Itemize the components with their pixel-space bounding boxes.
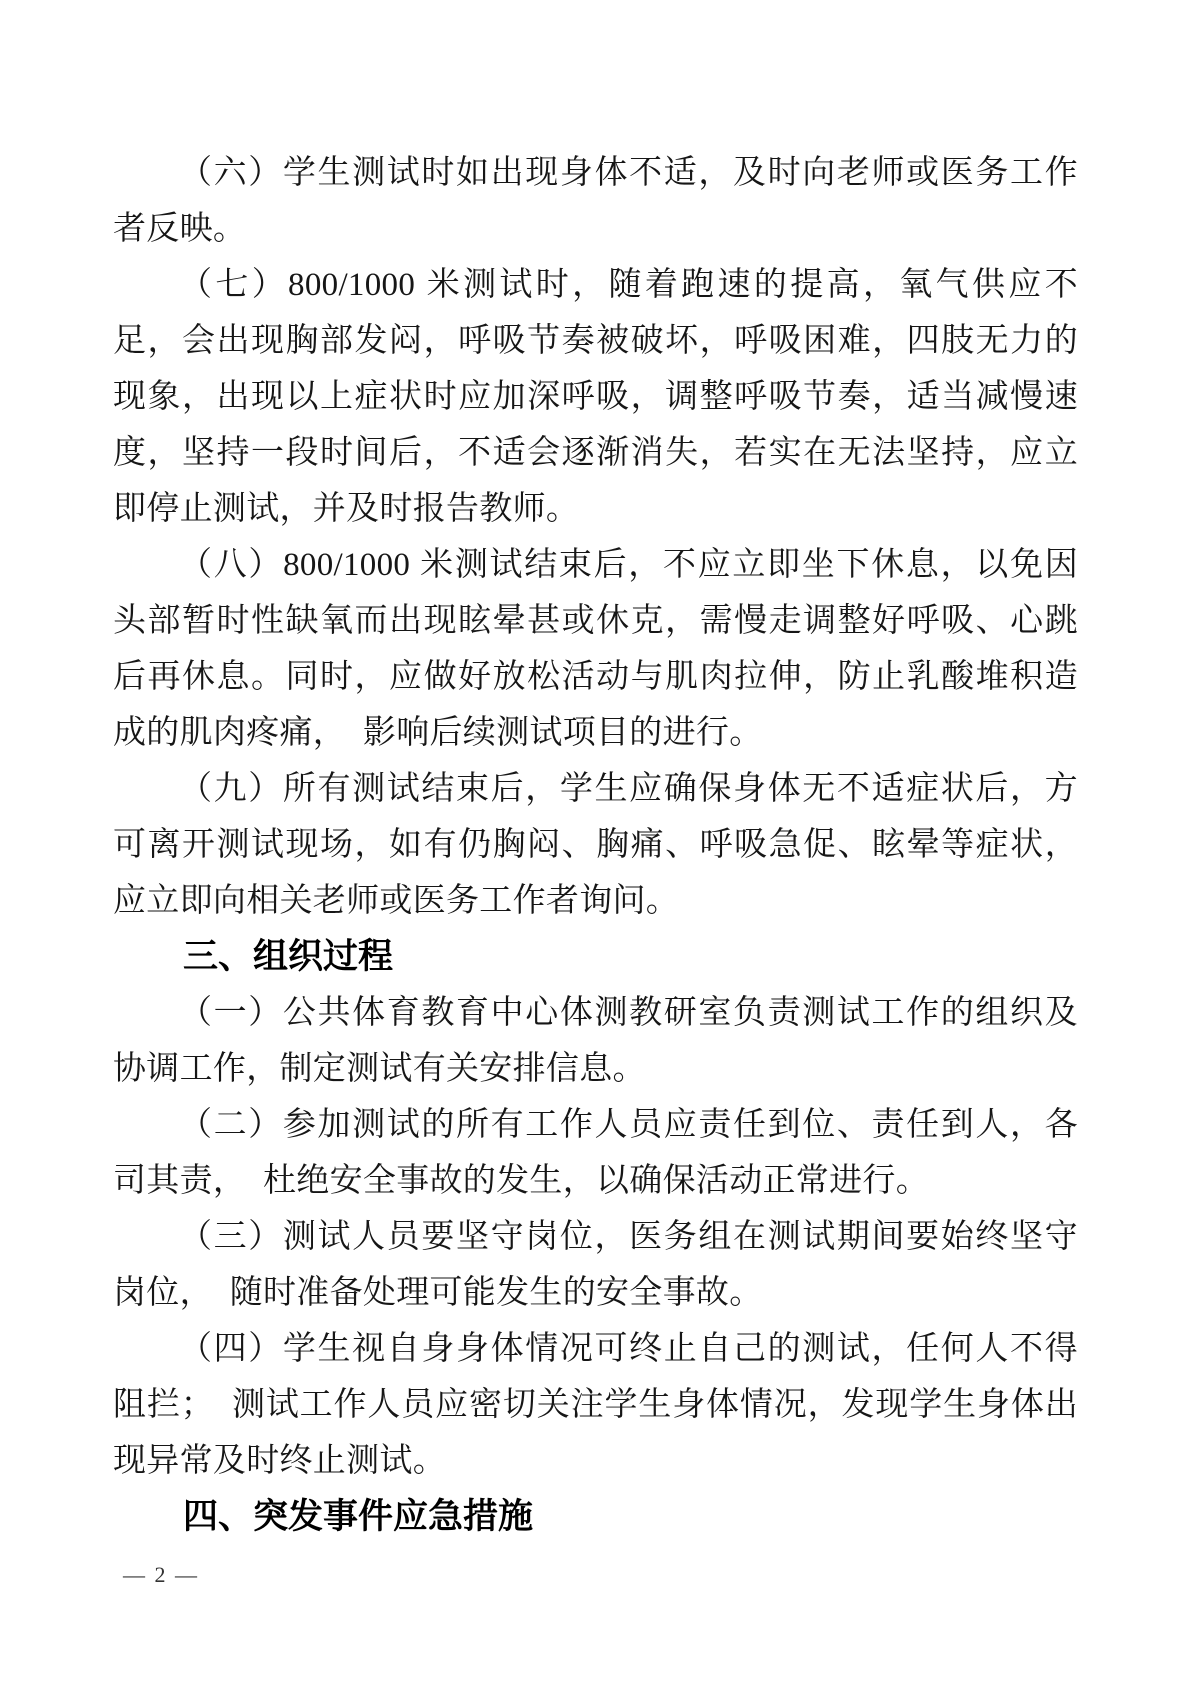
document-content: （六）学生测试时如出现身体不适，及时向老师或医务工作者反映。 （七）800/10…: [113, 145, 1078, 1545]
section-heading-organization-process: 三、组织过程: [113, 929, 1078, 985]
section-heading-emergency-measures: 四、突发事件应急措施: [113, 1489, 1078, 1545]
paragraph-item-8-after-run-rest: （八）800/1000 米测试结束后，不应立即坐下休息，以免因头部暂时性缺氧而出…: [113, 537, 1078, 761]
paragraph-item-1-center-responsibility: （一）公共体育教育中心体测教研室负责测试工作的组织及协调工作，制定测试有关安排信…: [113, 985, 1078, 1097]
paragraph-item-7-running-test-breathing: （七）800/1000 米测试时，随着跑速的提高，氧气供应不足，会出现胸部发闷，…: [113, 257, 1078, 537]
paragraph-item-3-staff-on-duty: （三）测试人员要坚守岗位，医务组在测试期间要始终坚守岗位， 随时准备处理可能发生…: [113, 1209, 1078, 1321]
page-number: — 2 —: [123, 1558, 199, 1592]
paragraph-item-9-after-all-tests: （九）所有测试结束后，学生应确保身体无不适症状后，方可离开测试现场，如有仍胸闷、…: [113, 761, 1078, 929]
paragraph-item-6-student-discomfort: （六）学生测试时如出现身体不适，及时向老师或医务工作者反映。: [113, 145, 1078, 257]
paragraph-item-2-staff-responsibility: （二）参加测试的所有工作人员应责任到位、责任到人，各司其责， 杜绝安全事故的发生…: [113, 1097, 1078, 1209]
document-page: （六）学生测试时如出现身体不适，及时向老师或医务工作者反映。 （七）800/10…: [0, 0, 1191, 1684]
paragraph-item-4-student-may-stop: （四）学生视自身身体情况可终止自己的测试，任何人不得阻拦； 测试工作人员应密切关…: [113, 1321, 1078, 1489]
